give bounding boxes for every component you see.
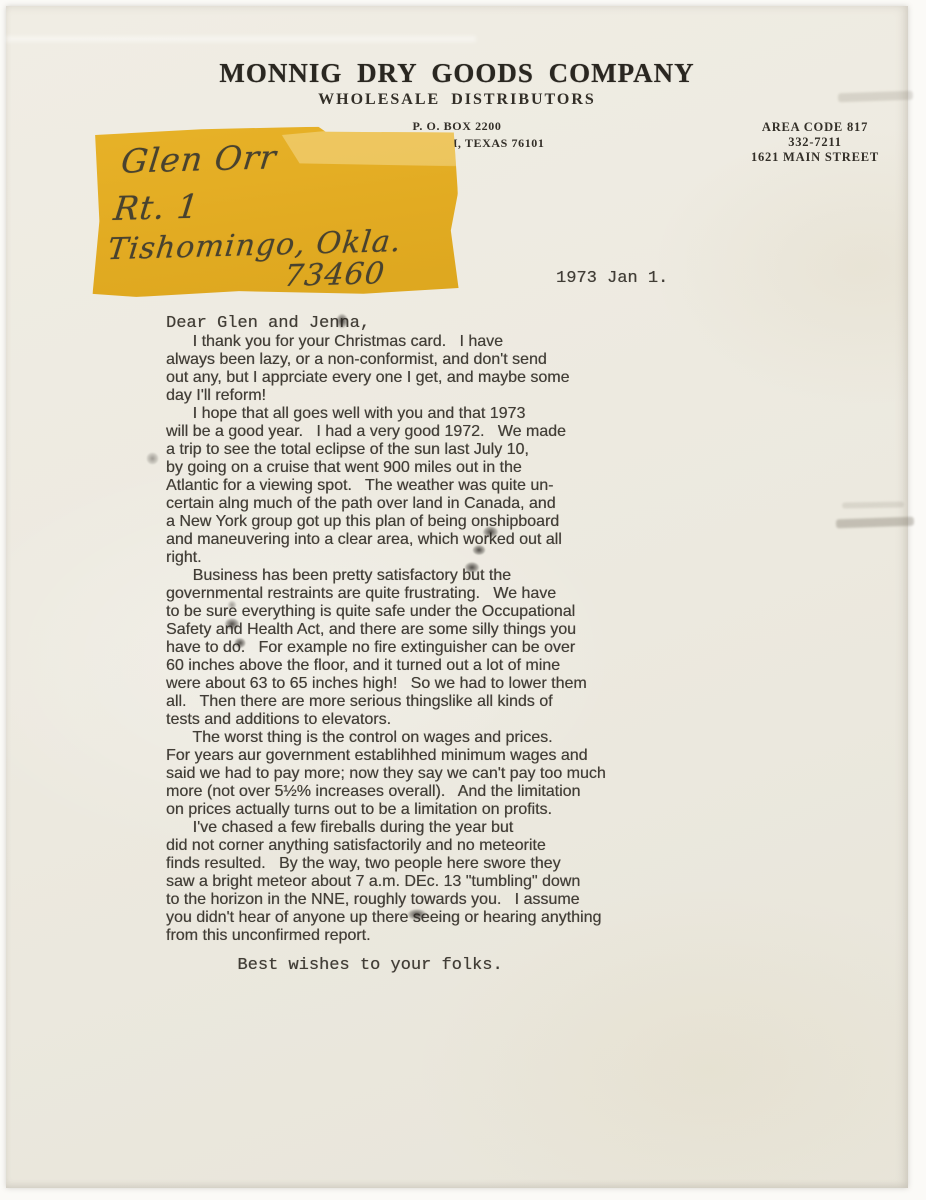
note-name-line: Glen Orr: [119, 137, 279, 180]
area-code-line: AREA CODE 817: [740, 120, 890, 135]
letter-date: 1973 Jan 1.: [556, 270, 668, 288]
ink-smudge: [462, 560, 482, 575]
ink-smudge: [470, 543, 488, 557]
salutation: Dear Glen and Jenna,: [166, 315, 866, 333]
closing-line: Best wishes to your folks.: [166, 957, 866, 975]
ink-smudge: [404, 907, 430, 922]
ink-smudge: [480, 524, 501, 540]
ink-smudge: [334, 311, 350, 331]
phone-number-line: 332-7211: [740, 135, 890, 150]
letter-paragraph-5: I've chased a few fireballs during the y…: [166, 819, 866, 945]
ink-smudge: [144, 450, 161, 467]
address-sticky-note: Glen Orr Rt. 1 Tishomingo, Okla. 73460: [91, 126, 458, 298]
company-subtitle: WHOLESALE DISTRIBUTORS: [6, 91, 908, 109]
ink-smudge: [222, 616, 242, 632]
note-zip-line: 73460: [282, 256, 387, 294]
note-route-line: Rt. 1: [112, 187, 202, 228]
ink-smudge: [226, 599, 238, 611]
letter-paragraph-4: The worst thing is the control on wages …: [166, 729, 866, 819]
letter-paragraph-2: I hope that all goes well with you and t…: [166, 405, 866, 567]
ink-smudge: [232, 636, 248, 650]
contact-block: AREA CODE 817 332-7211 1621 MAIN STREET: [740, 120, 890, 165]
pencil-mark: [842, 501, 904, 508]
street-address-line: 1621 MAIN STREET: [740, 150, 890, 165]
scanned-letter: MONNIG DRY GOODS COMPANY WHOLESALE DISTR…: [0, 0, 926, 1200]
paper-crease: [6, 36, 476, 42]
letter-paragraph-1: I thank you for your Christmas card. I h…: [166, 333, 866, 405]
letter-body: Dear Glen and Jenna, I thank you for you…: [166, 315, 866, 975]
company-name: MONNIG DRY GOODS COMPANY: [6, 58, 908, 89]
letter-paragraph-3: Business has been pretty satisfactory bu…: [166, 567, 866, 729]
